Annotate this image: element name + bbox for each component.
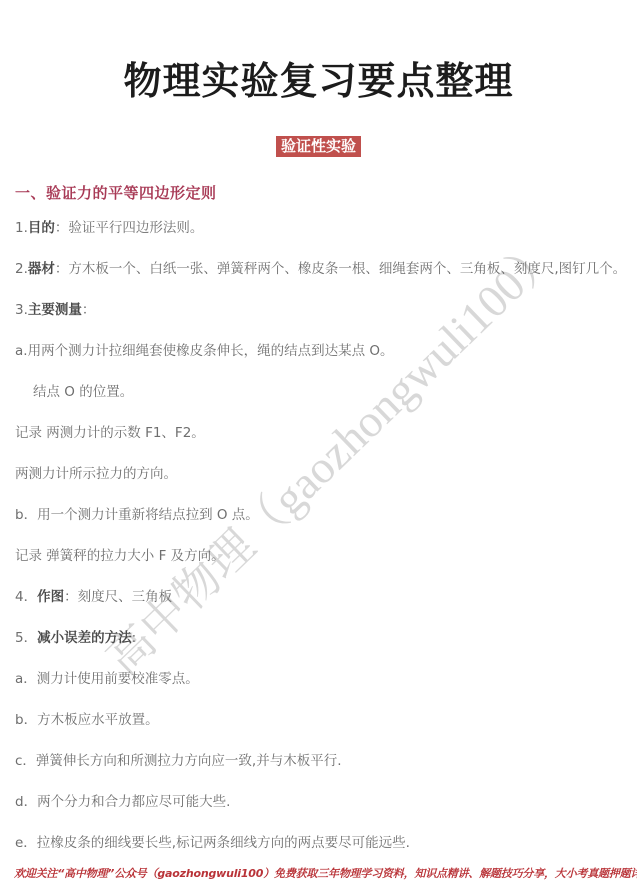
- paragraph-bold: 减小误差的方法: [37, 630, 132, 646]
- paragraph: 3.主要测量：: [15, 301, 629, 319]
- paragraph: 2.器材：方木板一个、白纸一张、弹簧秤两个、橡皮条一根、细绳套两个、三角板、刻度…: [15, 260, 629, 278]
- paragraph-post: c．弹簧伸长方向和所测拉力方向应一致,并与木板平行.: [15, 753, 342, 769]
- paragraph: 1.目的：验证平行四边形法则。: [15, 219, 629, 237]
- paragraph-post: :: [132, 630, 137, 646]
- page-title: 物理实验复习要点整理: [0, 50, 637, 105]
- paragraph-bold: 主要测量: [28, 302, 82, 318]
- paragraph: 结点 O 的位置。: [15, 383, 629, 401]
- paragraph-pre: 4．: [15, 589, 37, 605]
- paragraph-post: ：: [82, 302, 96, 318]
- paragraph: a.用两个测力计拉细绳套使橡皮条伸长，绳的结点到达某点 O。: [15, 342, 629, 360]
- paragraph-bold: 目的: [28, 220, 55, 236]
- paragraph-post: ：验证平行四边形法则。: [55, 220, 204, 236]
- paragraph-post: 用两个测力计拉细绳套使橡皮条伸长，绳的结点到达某点 O。: [28, 343, 394, 359]
- paragraph: c．弹簧伸长方向和所测拉力方向应一致,并与木板平行.: [15, 752, 629, 770]
- paragraph-pre: a.: [15, 343, 28, 359]
- footer-note: 欢迎关注“高中物理”公众号（gaozhongwuli100）免费获取三年物理学习…: [14, 865, 629, 881]
- section-badge: 验证性实验: [276, 136, 361, 157]
- paragraph-post: d．两个分力和合力都应尽可能大些.: [15, 794, 230, 810]
- paragraph: b．方木板应水平放置。: [15, 711, 629, 729]
- paragraph: e．拉橡皮条的细线要长些,标记两条细线方向的两点要尽可能远些.: [15, 834, 629, 852]
- paragraph-pre: 5．: [15, 630, 37, 646]
- paragraph-post: 两测力计所示拉力的方向。: [15, 466, 177, 482]
- paragraph-post: b．用一个测力计重新将结点拉到 O 点。: [15, 507, 259, 523]
- paragraph-pre: 2.: [15, 261, 28, 277]
- paragraph: d．两个分力和合力都应尽可能大些.: [15, 793, 629, 811]
- paragraph-post: 记录 两测力计的示数 F1、F2。: [15, 425, 205, 441]
- paragraph-bold: 作图: [37, 589, 64, 605]
- paragraph: b．用一个测力计重新将结点拉到 O 点。: [15, 506, 629, 524]
- paragraph-post: ：刻度尺、三角板: [64, 589, 172, 605]
- paragraph-post: b．方木板应水平放置。: [15, 712, 159, 728]
- paragraph: 4．作图：刻度尺、三角板: [15, 588, 629, 606]
- paragraph-bold: 器材: [28, 261, 55, 277]
- paragraph-pre: 3.: [15, 302, 28, 318]
- content-paragraphs: 1.目的：验证平行四边形法则。2.器材：方木板一个、白纸一张、弹簧秤两个、橡皮条…: [15, 219, 629, 852]
- paragraph-post: 记录 弹簧秤的拉力大小 F 及方向。: [15, 548, 225, 564]
- section-heading: 一、验证力的平等四边形定则: [15, 182, 637, 203]
- paragraph-post: a．测力计使用前要校准零点。: [15, 671, 199, 687]
- paragraph-post: e．拉橡皮条的细线要长些,标记两条细线方向的两点要尽可能远些.: [15, 835, 410, 851]
- badge-row: 验证性实验: [0, 136, 637, 157]
- document-page: 高中物理（gaozhongwuli100） 物理实验复习要点整理 验证性实验 一…: [0, 0, 637, 889]
- paragraph-pre: 1.: [15, 220, 28, 236]
- paragraph: 记录 两测力计的示数 F1、F2。: [15, 424, 629, 442]
- paragraph: 两测力计所示拉力的方向。: [15, 465, 629, 483]
- paragraph-post: 结点 O 的位置。: [33, 384, 133, 400]
- paragraph: 5．减小误差的方法:: [15, 629, 629, 647]
- paragraph-post: ：方木板一个、白纸一张、弹簧秤两个、橡皮条一根、细绳套两个、三角板、刻度尺,图钉…: [55, 261, 626, 277]
- paragraph: a．测力计使用前要校准零点。: [15, 670, 629, 688]
- paragraph: 记录 弹簧秤的拉力大小 F 及方向。: [15, 547, 629, 565]
